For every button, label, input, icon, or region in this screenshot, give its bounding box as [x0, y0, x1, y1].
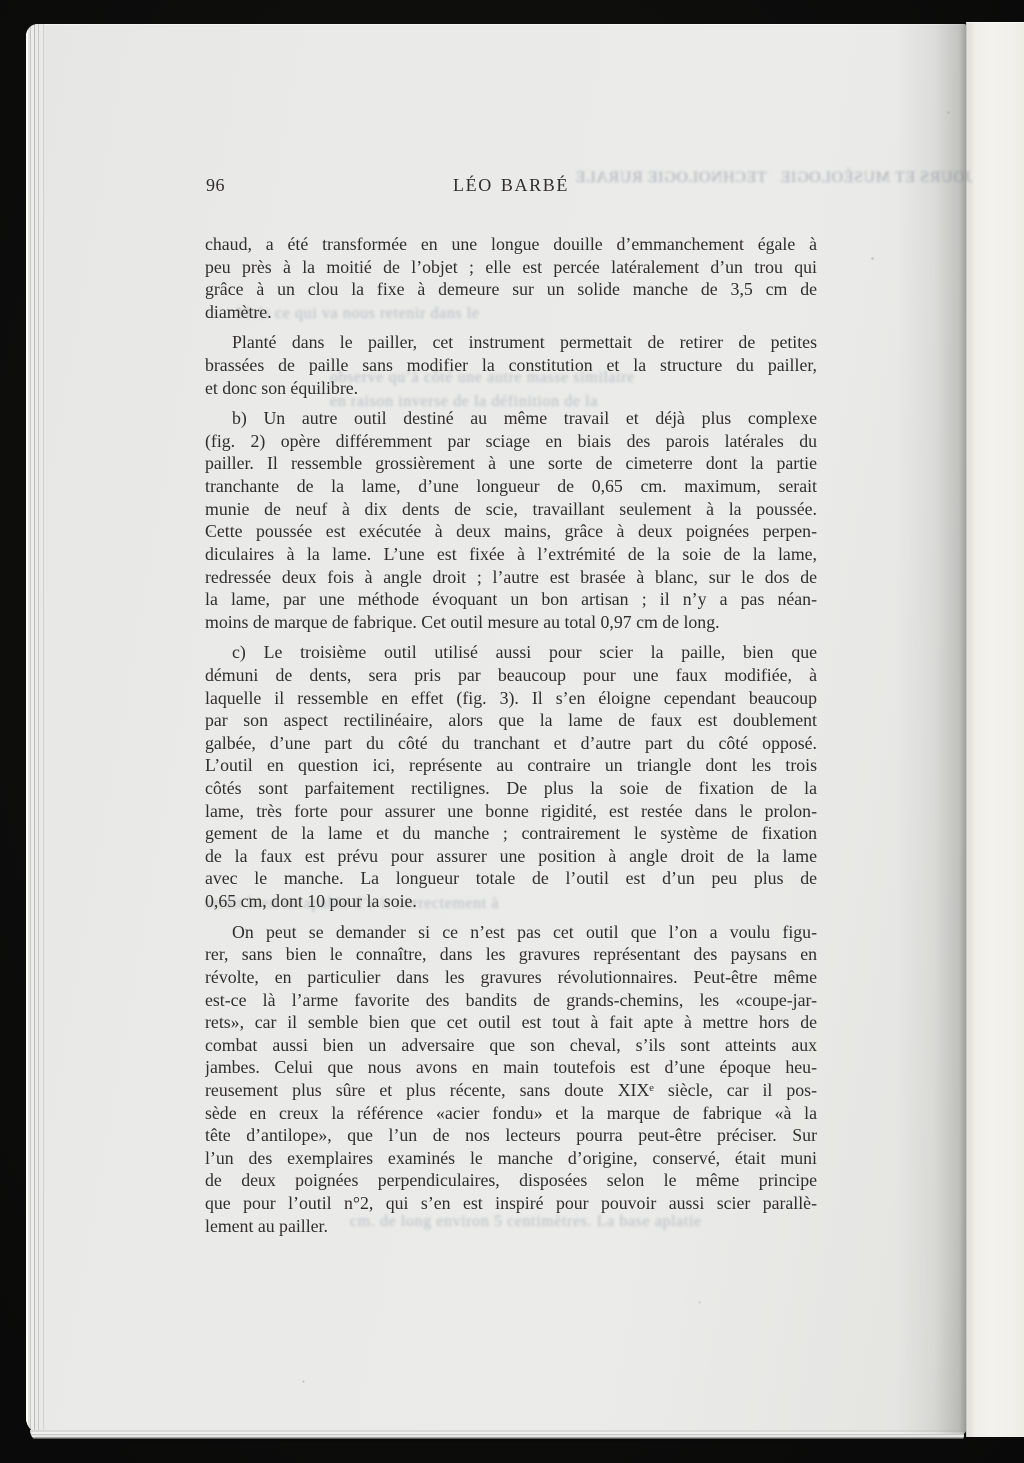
text-line: L’outil en question ici, représente au c…: [205, 754, 817, 777]
text-line: que pour l’outil n°2, qui s’en est inspi…: [205, 1192, 817, 1215]
text-line: tranchante de la lame, d’une longueur de…: [205, 475, 817, 498]
text-line: lement au pailler.: [205, 1215, 817, 1238]
text-line: de la faux est prévu pour assurer une po…: [205, 845, 817, 868]
text-line: pailler. Il ressemble grossièrement à un…: [205, 452, 817, 475]
text-line: sède en creux la référence «acier fondu»…: [205, 1102, 817, 1125]
text-line: Planté dans le pailler, cet instrument p…: [205, 331, 817, 354]
running-title: LÉO BARBÉ: [205, 175, 817, 196]
text-line: gement de la lame et du manche ; contrai…: [205, 822, 817, 845]
text-line: combat aussi bien un adversaire que son …: [205, 1034, 817, 1057]
text-line: est-ce là l’arme favorite des bandits de…: [205, 989, 817, 1012]
text-line: peu près à la moitié de l’objet ; elle e…: [205, 256, 817, 279]
text-line: grâce à un clou la fixe à demeure sur un…: [205, 278, 817, 301]
text-line: par son aspect rectilinéaire, alors que …: [205, 709, 817, 732]
text-line: redressée deux fois à angle droit ; l’au…: [205, 566, 817, 589]
scan-specks: [0, 0, 1, 1]
text-line: Cette poussée est exécutée à deux mains,…: [205, 520, 817, 543]
text-line: chaud, a été transformée en une longue d…: [205, 233, 817, 256]
text-line: révolte, en particulier dans les gravure…: [205, 966, 817, 989]
text-line: rer, sans bien le connaître, dans les gr…: [205, 943, 817, 966]
paragraph: On peut se demander si ce n’est pas cet …: [205, 921, 817, 1238]
paragraph: chaud, a été transformée en une longue d…: [205, 233, 817, 323]
text-line: tête d’antilope», que l’un de nos lecteu…: [205, 1124, 817, 1147]
text-line: 0,65 cm, dont 10 pour la soie.: [205, 890, 817, 913]
text-line: On peut se demander si ce n’est pas cet …: [205, 921, 817, 944]
text-line: reusement plus sûre et plus récente, san…: [205, 1079, 817, 1102]
text-line: et donc son équilibre.: [205, 377, 817, 400]
text-line: rets», car il semble bien que cet outil …: [205, 1011, 817, 1034]
text-line: brassées de paille sans modifier la cons…: [205, 354, 817, 377]
text-line: (fig. 2) opère différemment par sciage e…: [205, 430, 817, 453]
text-line: jambes. Celui que nous avons en main tou…: [205, 1056, 817, 1079]
text-line: lame, très forte pour assurer une bonne …: [205, 800, 817, 823]
text-line: la lame, par une méthode évoquant un bon…: [205, 588, 817, 611]
page-text-area: 96 LÉO BARBÉ chaud, a été transformée en…: [205, 175, 817, 1237]
page-header: 96 LÉO BARBÉ: [205, 175, 817, 197]
paragraph: b) Un autre outil destiné au même travai…: [205, 407, 817, 633]
text-line: munie de neuf à dix dents de scie, trava…: [205, 498, 817, 521]
gutter-crease: [896, 24, 966, 1434]
text-line: moins de marque de fabrique. Cet outil m…: [205, 611, 817, 634]
text-line: côtés sont parfaitement rectilignes. De …: [205, 777, 817, 800]
text-line: galbée, d’une part du côté du tranchant …: [205, 732, 817, 755]
text-line: laquelle il ressemble en effet (fig. 3).…: [205, 687, 817, 710]
text-body: chaud, a été transformée en une longue d…: [205, 233, 817, 1237]
facing-page-edge: [966, 22, 1024, 1437]
paragraph: Planté dans le pailler, cet instrument p…: [205, 331, 817, 399]
text-line: démuni de dents, sera pris par beaucoup …: [205, 664, 817, 687]
text-line: c) Le troisième outil utilisé aussi pour…: [205, 641, 817, 664]
text-line: diamètre.: [205, 301, 817, 324]
text-line: avec le manche. La longueur totale de l’…: [205, 867, 817, 890]
page-number: 96: [206, 175, 225, 196]
text-line: l’un des exemplaires examinés le manche …: [205, 1147, 817, 1170]
text-line: b) Un autre outil destiné au même travai…: [205, 407, 817, 430]
text-line: de deux poignées perpendiculaires, dispo…: [205, 1169, 817, 1192]
text-line: diculaires à la lame. L’une est fixée à …: [205, 543, 817, 566]
paragraph: c) Le troisième outil utilisé aussi pour…: [205, 641, 817, 912]
